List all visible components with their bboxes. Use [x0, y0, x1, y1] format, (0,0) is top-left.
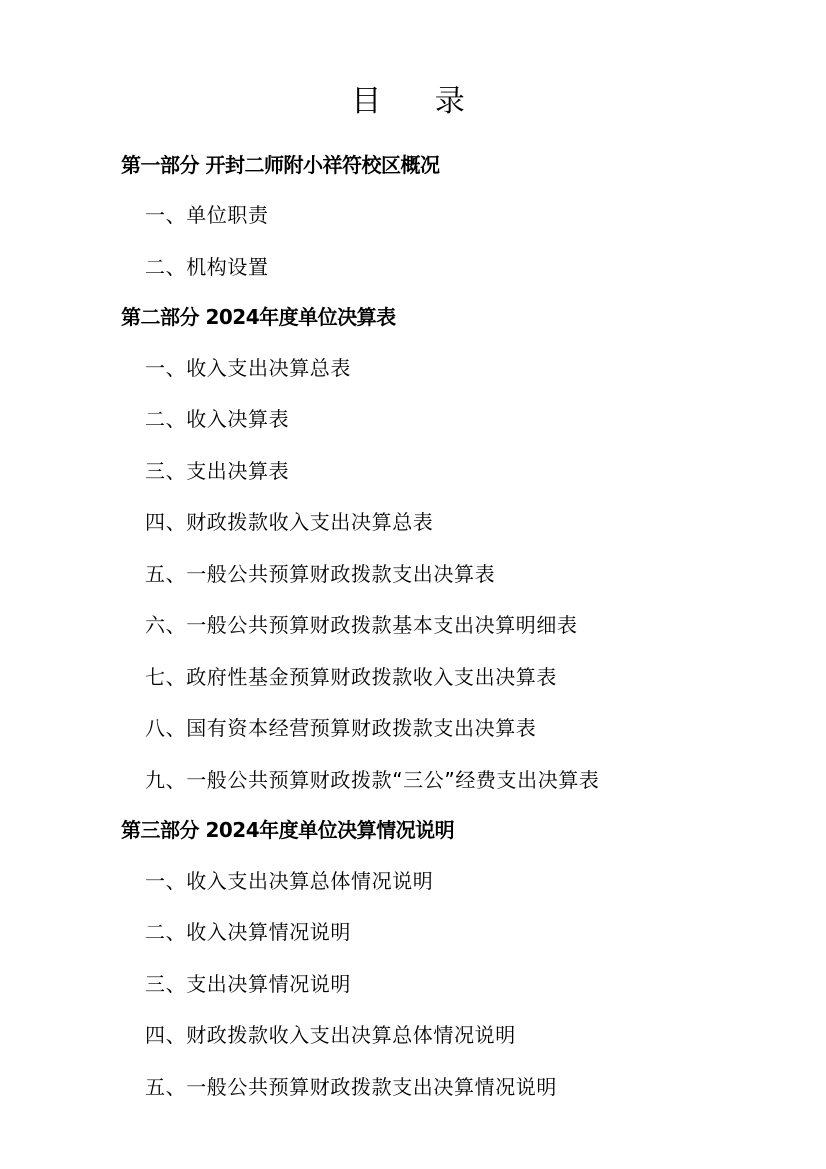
toc-item[interactable]: 七、政府性基金预算财政拨款收入支出决算表: [145, 664, 557, 690]
toc-item[interactable]: 八、国有资本经营预算财政拨款支出决算表: [145, 715, 536, 741]
toc-section-heading-2[interactable]: 第二部分 2024年度单位决算表: [121, 304, 396, 330]
toc-section-heading-3[interactable]: 第三部分 2024年度单位决算情况说明: [121, 817, 454, 843]
toc-item[interactable]: 五、一般公共预算财政拨款支出决算情况说明: [145, 1074, 557, 1100]
toc-title: 目 录: [0, 82, 826, 122]
toc-item[interactable]: 三、支出决算情况说明: [145, 971, 351, 997]
toc-item[interactable]: 二、收入决算情况说明: [145, 919, 351, 945]
toc-item[interactable]: 四、财政拨款收入支出决算总体情况说明: [145, 1022, 516, 1048]
toc-item[interactable]: 三、支出决算表: [145, 458, 289, 484]
toc-item[interactable]: 二、机构设置: [145, 254, 269, 280]
toc-section-heading-1[interactable]: 第一部分 开封二师附小祥符校区概况: [121, 152, 439, 178]
toc-item[interactable]: 五、一般公共预算财政拨款支出决算表: [145, 561, 495, 587]
toc-item[interactable]: 二、收入决算表: [145, 406, 289, 432]
toc-item[interactable]: 一、单位职责: [145, 202, 269, 228]
toc-item[interactable]: 一、收入支出决算总表: [145, 355, 351, 381]
toc-item[interactable]: 六、一般公共预算财政拨款基本支出决算明细表: [145, 612, 578, 638]
toc-item[interactable]: 一、收入支出决算总体情况说明: [145, 868, 433, 894]
toc-item[interactable]: 九、一般公共预算财政拨款“三公”经费支出决算表: [145, 767, 600, 793]
document-page: 目 录 第一部分 开封二师附小祥符校区概况 一、单位职责 二、机构设置 第二部分…: [0, 0, 826, 1169]
toc-item[interactable]: 四、财政拨款收入支出决算总表: [145, 509, 433, 535]
